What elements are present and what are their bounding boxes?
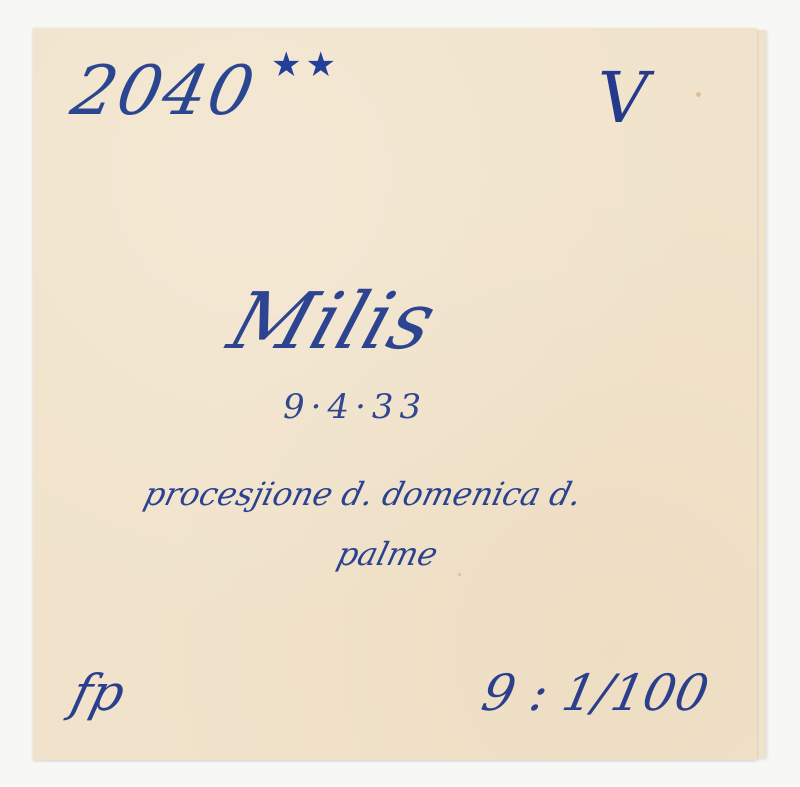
description-line-1: procesjione d. domenica d. — [141, 478, 585, 510]
corner-letter: V — [598, 63, 649, 133]
place-name: Milis — [220, 283, 445, 361]
author-initials: fp — [67, 668, 130, 718]
date: 9·4·33 — [283, 390, 427, 424]
catalog-number: 2040 — [66, 58, 262, 126]
paper-stain — [696, 92, 701, 97]
catalog-star-marks: ★★ — [271, 48, 340, 82]
scale-notation: 9 : 1/100 — [478, 668, 713, 718]
paper-stain — [458, 573, 461, 576]
archival-card: 2040 ★★ V Milis 9·4·33 procesjione d. do… — [33, 28, 757, 760]
description-line-2: palme — [334, 538, 441, 570]
